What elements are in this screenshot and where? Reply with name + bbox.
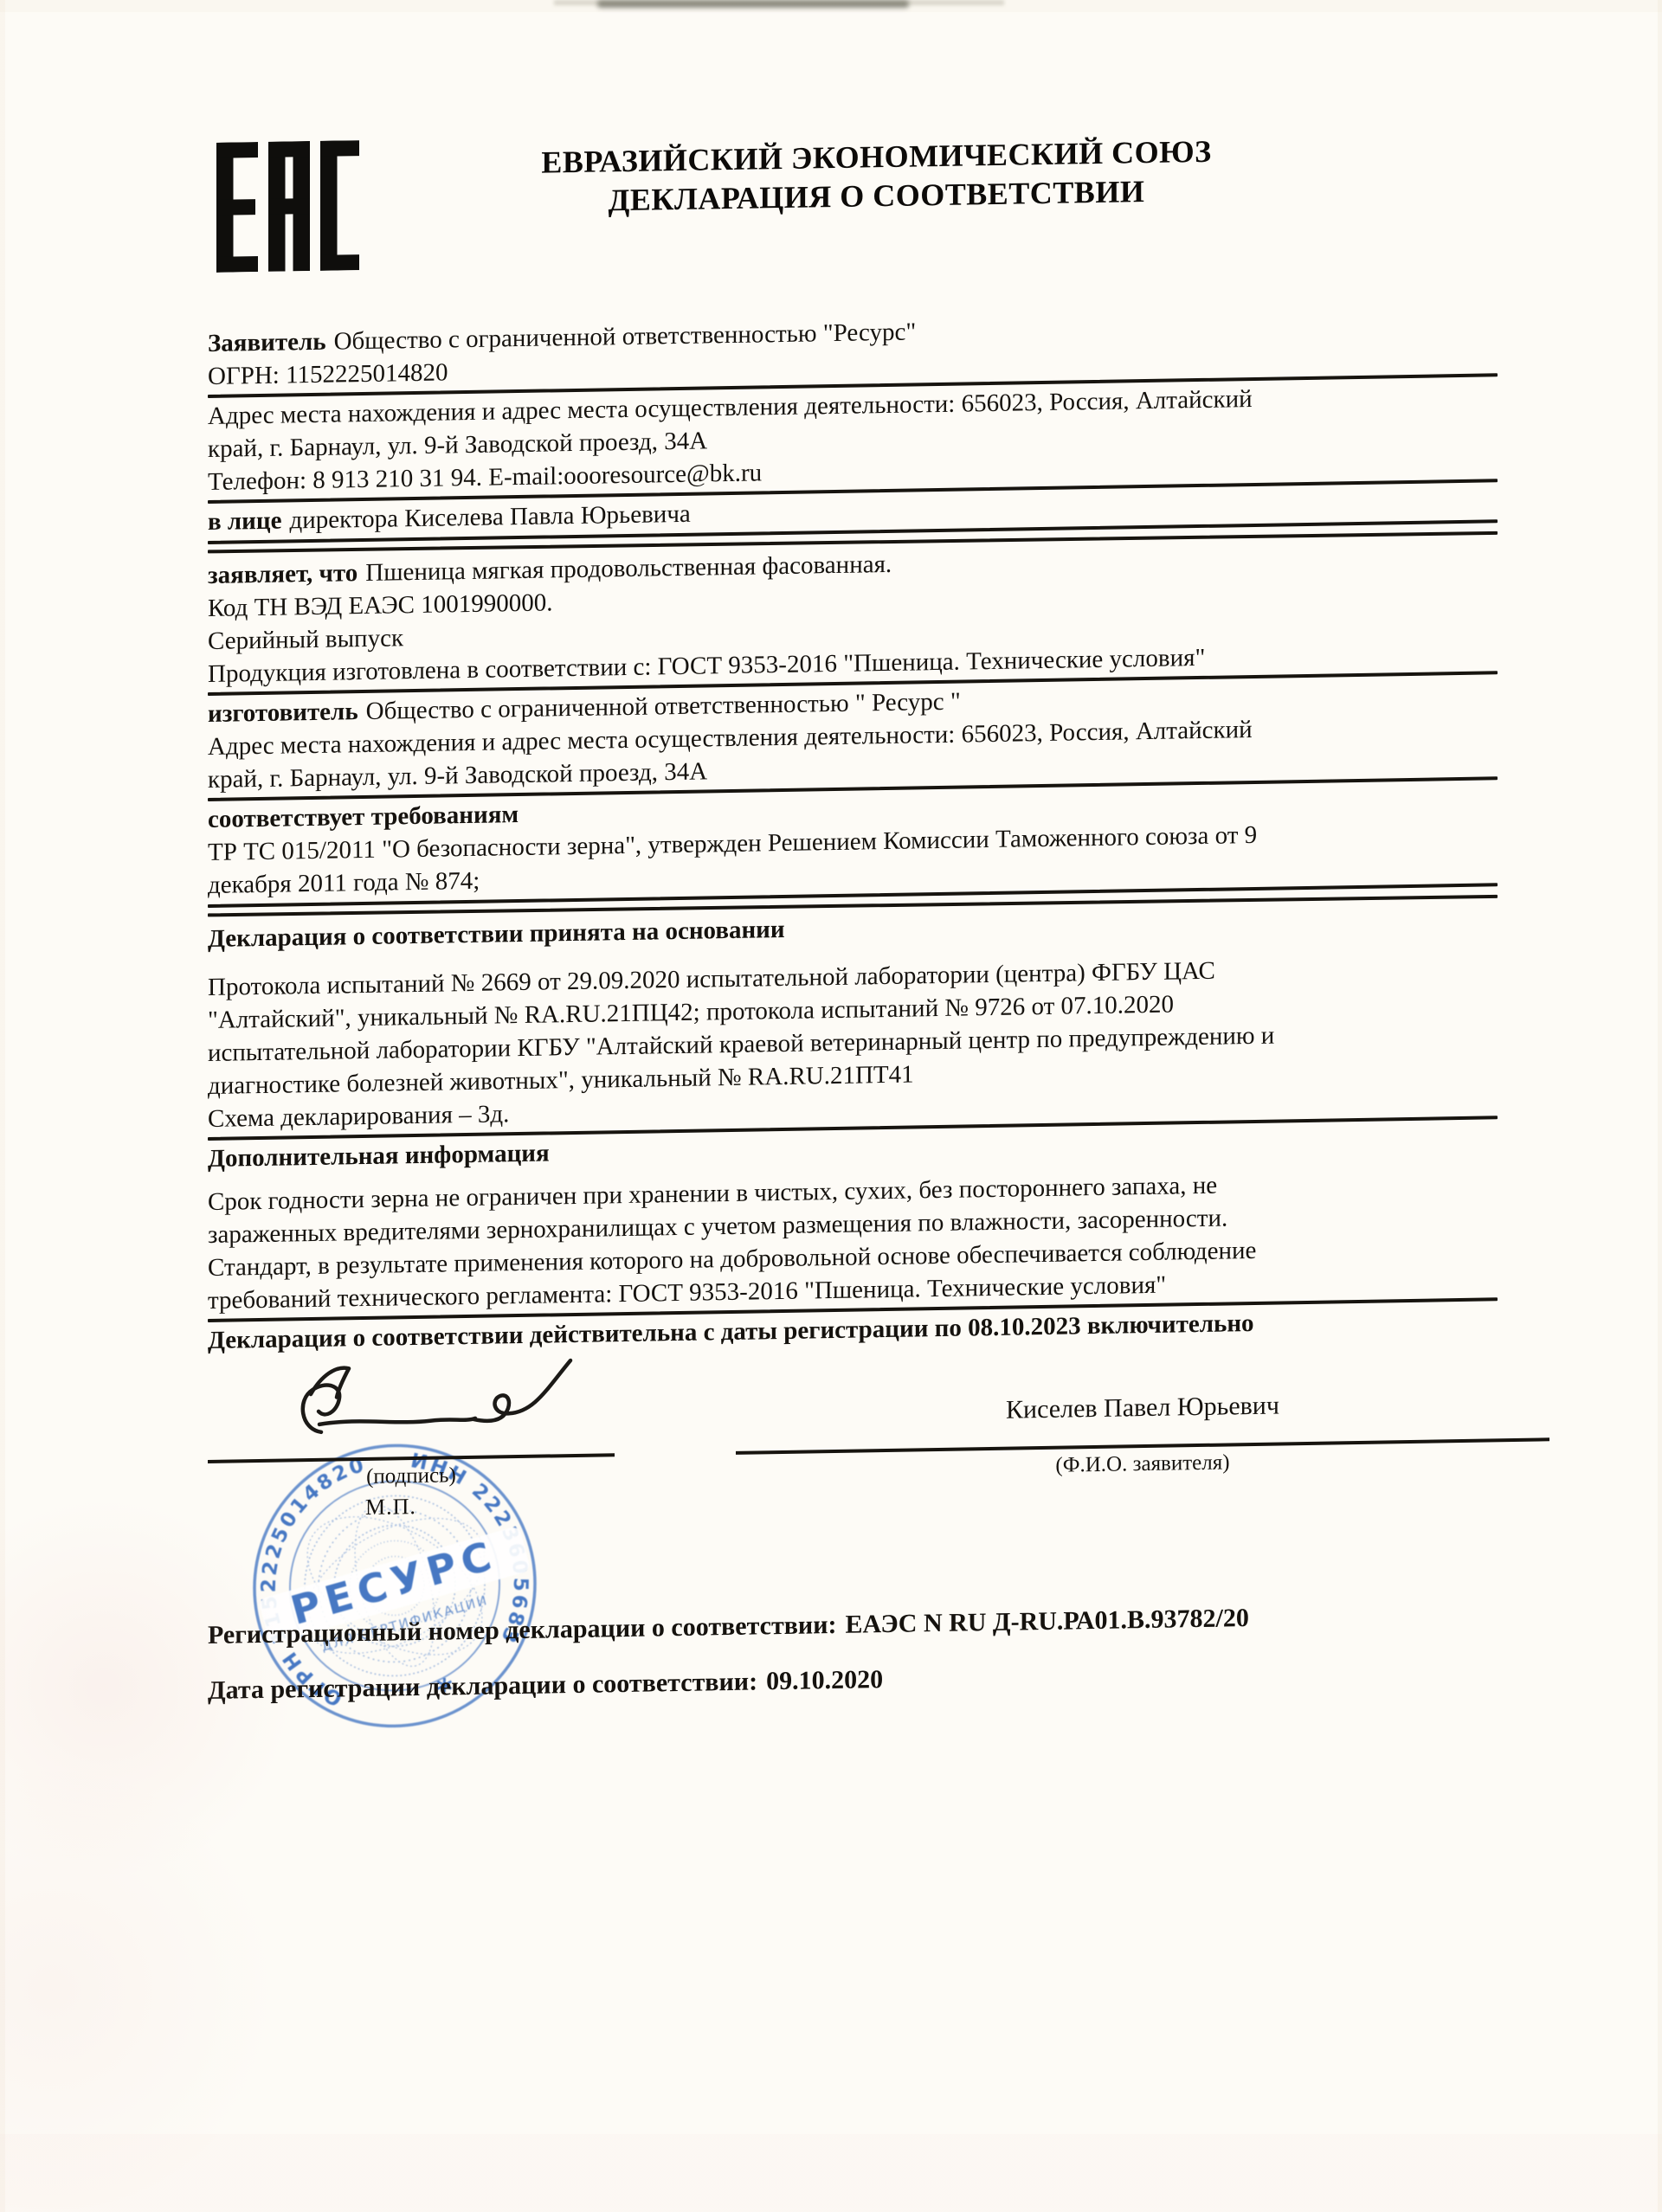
registration-date-value: 09.10.2020 (766, 1665, 883, 1695)
declares-label: заявляет, что (208, 559, 358, 589)
document-title: ЕВРАЗИЙСКИЙ ЭКОНОМИЧЕСКИЙ СОЮЗ ДЕКЛАРАЦИ… (359, 117, 1498, 224)
scan-edge-artifact-halo (554, 0, 1004, 5)
applicant-label: Заявитель (208, 328, 326, 357)
protocols-text: Протокола испытаний № 2669 от 29.09.2020… (208, 949, 1498, 1103)
manufacturer-label: изготовитель (208, 698, 358, 728)
registration-date-label: Дата регистрации декларации о соответств… (208, 1667, 757, 1705)
eac-mark-logo (216, 140, 359, 273)
document-body: ЗаявительОбщество с ограниченной ответст… (208, 305, 1498, 1707)
in-person-label: в лице (208, 507, 281, 536)
declares-value: Пшеница мягкая продовольственная фасован… (365, 550, 892, 587)
stamp-place-mark: М.П. (365, 1494, 416, 1521)
document-page: ОГРН 1152225014820 ИНН 2223605683 РЕСУРС… (0, 0, 1662, 2212)
document-header: ЕВРАЗИЙСКИЙ ЭКОНОМИЧЕСКИЙ СОЮЗ ДЕКЛАРАЦИ… (216, 117, 1498, 273)
signature-caption: (подпись) (208, 1461, 615, 1492)
in-person-value: директора Киселева Павла Юрьевича (289, 500, 690, 535)
registration-number-line: Регистрационный номер декларации о соотв… (208, 1598, 1498, 1652)
registration-number-value: ЕАЭС N RU Д-RU.РА01.В.93782/20 (846, 1604, 1249, 1639)
handwritten-signature (290, 1347, 576, 1447)
signature-section: (подпись) Киселев Павел Юрьевич (Ф.И.О. … (208, 1335, 1498, 1547)
registration-date-line: Дата регистрации декларации о соответств… (208, 1653, 1498, 1707)
registration-number-label: Регистрационный номер декларации о соотв… (208, 1611, 837, 1649)
applicant-full-name: Киселев Павел Юрьевич (736, 1386, 1549, 1430)
